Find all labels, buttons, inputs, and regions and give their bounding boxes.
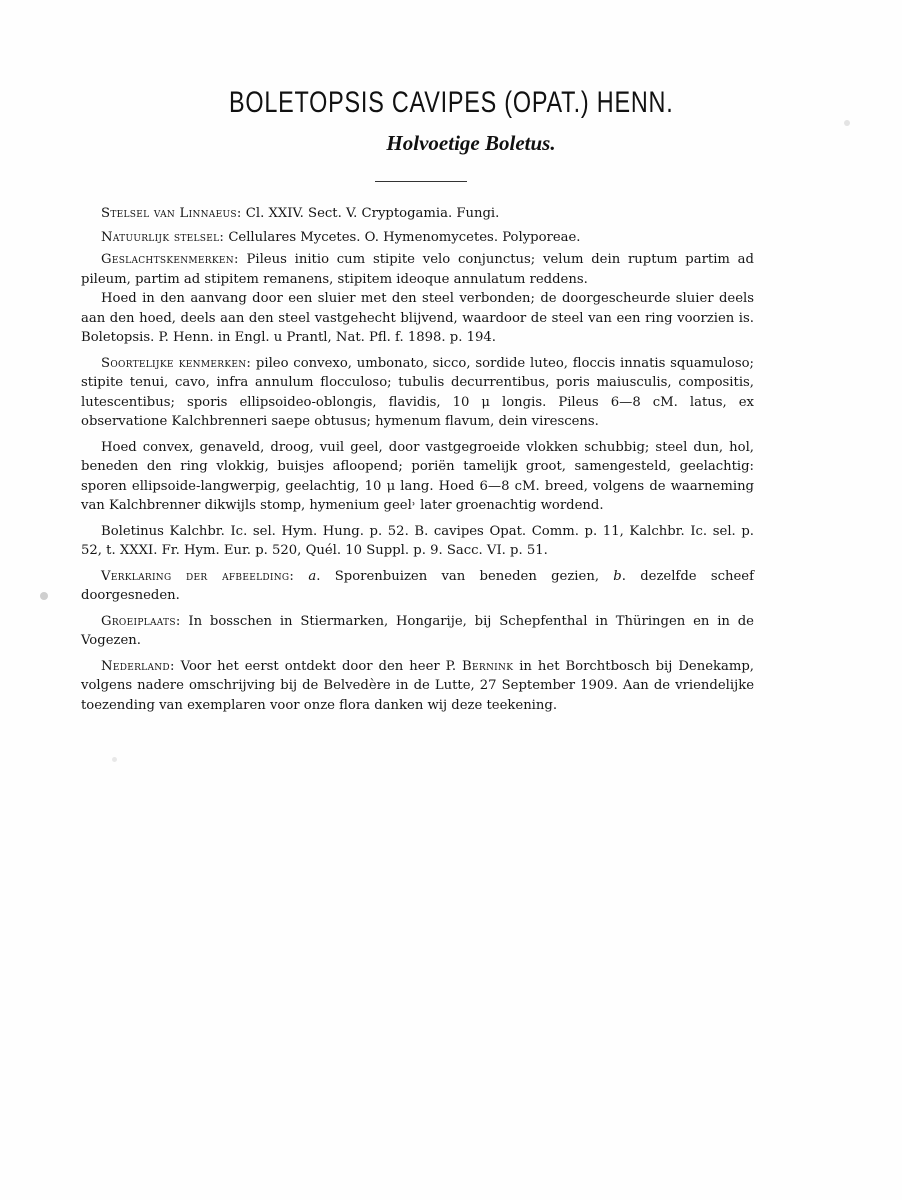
nederland-label: Nederland:: [101, 659, 175, 674]
groeiplaats-paragraph: Groeiplaats: In bosschen in Stiermarken,…: [81, 612, 754, 651]
natuurlijk-text: Cellulares Mycetes. O. Hymenomycetes. Po…: [224, 230, 580, 245]
paper-speck: [40, 592, 48, 600]
paper-speck: [844, 120, 850, 126]
discoverer-name: Bernink: [462, 659, 513, 674]
common-name: Holvoetige Boletus.: [0, 131, 902, 156]
soort-paragraph: Soortelijke kenmerken: pileo convexo, um…: [81, 354, 754, 432]
nederland-paragraph: Nederland: Voor het eerst ontdekt door d…: [81, 657, 754, 716]
linnaeus-text: Cl. XXIV. Sect. V. Cryptogamia. Fungi.: [242, 206, 500, 221]
geslacht-label: Geslachtskenmerken:: [101, 252, 239, 267]
nederland-text-1: Voor het eerst ontdekt door den heer P.: [175, 659, 462, 674]
linnaeus-paragraph: Stelsel van Linnaeus: Cl. XXIV. Sect. V.…: [81, 204, 754, 224]
figure-a-text: . Sporenbuizen van beneden gezien,: [316, 569, 613, 584]
description-body: Stelsel van Linnaeus: Cl. XXIV. Sect. V.…: [81, 204, 754, 721]
species-title: BOLETOPSIS CAVIPES (OPAT.) HENN.: [99, 86, 803, 120]
paper-speck: [112, 757, 117, 762]
document-page: BOLETOPSIS CAVIPES (OPAT.) HENN. Holvoet…: [0, 0, 902, 1200]
natuurlijk-paragraph: Natuurlijk stelsel: Cellulares Mycetes. …: [81, 228, 754, 248]
groeiplaats-label: Groeiplaats:: [101, 614, 181, 629]
geslacht-paragraph: Geslachtskenmerken: Pileus initio cum st…: [81, 250, 754, 289]
groeiplaats-text: In bosschen in Stiermarken, Hongarije, b…: [81, 614, 754, 649]
linnaeus-label: Stelsel van Linnaeus:: [101, 206, 242, 221]
geslacht-dutch-paragraph: Hoed in den aanvang door een sluier met …: [81, 289, 754, 348]
literature-paragraph: Boletinus Kalchbr. Ic. sel. Hym. Hung. p…: [81, 522, 754, 561]
verklaring-label: Verklaring der afbeelding:: [101, 569, 294, 584]
soort-dutch-paragraph: Hoed convex, genaveld, droog, vuil geel,…: [81, 438, 754, 516]
figure-b-letter: b: [613, 569, 621, 584]
natuurlijk-label: Natuurlijk stelsel:: [101, 230, 224, 245]
verklaring-paragraph: Verklaring der afbeelding: a. Sporenbuiz…: [81, 567, 754, 606]
title-divider: [375, 181, 467, 182]
soort-label: Soortelijke kenmerken:: [101, 356, 251, 371]
